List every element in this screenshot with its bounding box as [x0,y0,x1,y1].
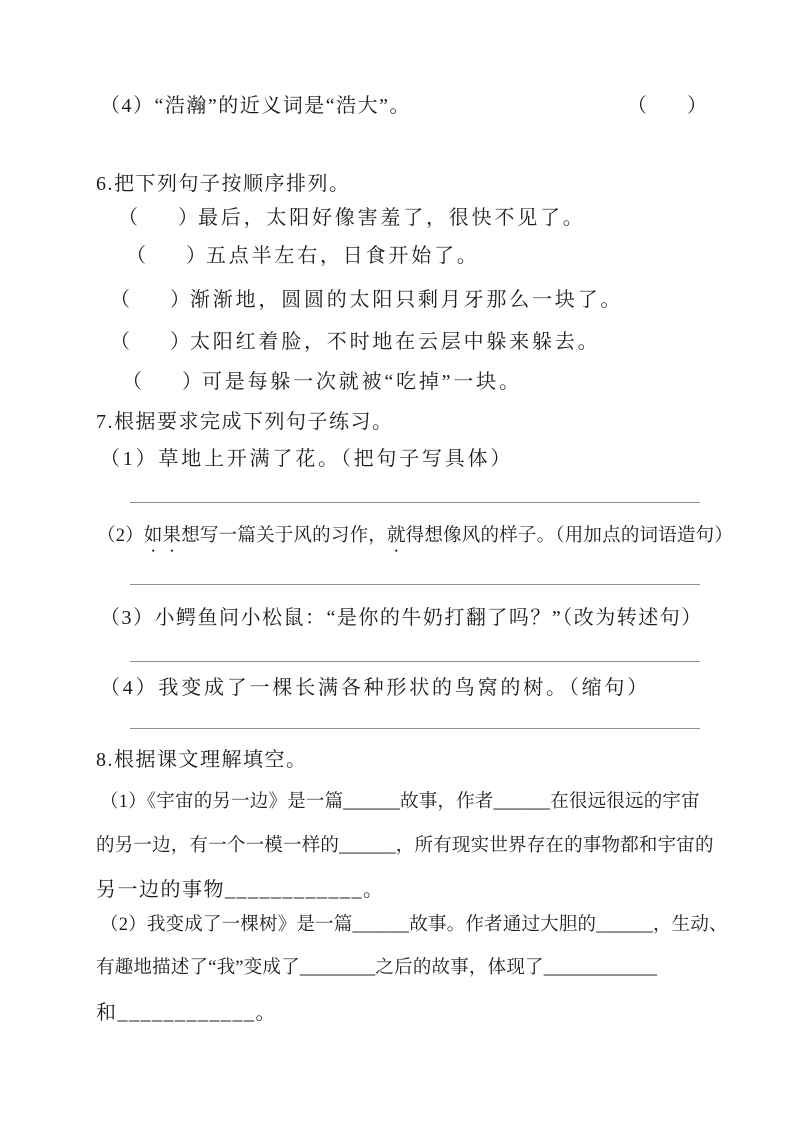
answer-write-line [130,728,700,729]
q6-sentence-text: 最后，太阳好像害羞了，很快不见了。 [198,207,586,229]
judge-item-4-label: （4） [100,95,155,117]
order-bracket: （ ） [122,371,202,393]
dotted-word: 如果 [144,526,181,546]
order-bracket: （ ） [110,331,190,353]
order-bracket: （ ） [126,245,206,267]
answer-write-line [130,584,700,585]
q7-item-2-note: （用加点的词语造句） [555,526,733,546]
q7-item-4-note: （缩句） [569,677,650,699]
q7-item-3-note: （改为转述句） [562,607,703,629]
order-bracket: （ ） [118,207,198,229]
answer-bracket: （ ） [627,92,707,120]
q6-sentence-row: （ ）最后，太阳好像害羞了，很快不见了。 [118,204,707,232]
question-6-number: 6. [96,173,114,195]
question-7-number: 7. [96,411,114,433]
q8-item-1-line-3: 另一边的事物____________。 [96,876,707,904]
q6-sentence-text: 渐渐地，圆圆的太阳只剩月牙那么一块了。 [190,289,623,311]
q6-sentence-text: 太阳红着脸，不时地在云层中躲来躲去。 [190,331,600,353]
question-8-title: 8.根据课文理解填空。 [96,746,707,774]
q7-item-3-label: （3） [100,607,155,629]
order-bracket: （ ） [110,289,190,311]
question-6-title: 6.把下列句子按顺序排列。 [96,170,707,198]
q8-item-2-line-2: 有趣地描述了“我”变成了________之后的故事，体现了___________… [96,954,707,982]
answer-write-line [130,661,700,662]
dotted-word: 就 [387,526,406,546]
q8-item-2-line-3: 和____________。 [96,999,707,1027]
q7-item-1-label: （1） [100,448,158,470]
q6-sentence-text: 五点半左右，日食开始了。 [206,245,480,267]
q8-item-2-line-1: （2）我变成了一棵树》是一篇______故事。作者通过大胆的______，生动、 [100,911,707,939]
question-8-number: 8. [96,749,114,771]
q6-sentence-row: （ ）可是每躲一次就被“吃掉”一块。 [122,368,707,396]
judge-item-4: （4）“浩瀚”的近义词是“浩大”。 （ ） [100,92,707,120]
q7-item-4-label: （4） [100,677,158,699]
judge-item-4-text: （4）“浩瀚”的近义词是“浩大”。 [100,92,411,120]
answer-write-line [130,502,700,503]
q6-sentence-text: 可是每躲一次就被“吃掉”一块。 [202,371,522,393]
q7-item-2-label: （2） [97,526,144,546]
q7-item-3: （3）小鳄鱼问小松鼠：“是你的牛奶打翻了吗？”（改为转述句） [100,604,707,632]
q7-item-2: （2）如果想写一篇关于风的习作，就得想像风的样子。（用加点的词语造句） [97,522,707,556]
q6-sentence-row: （ ）五点半左右，日食开始了。 [126,242,707,270]
question-7-title: 7.根据要求完成下列句子练习。 [96,408,707,436]
q6-sentence-row: （ ）渐渐地，圆圆的太阳只剩月牙那么一块了。 [110,286,707,314]
q8-item-1-line-1: （1）《宇宙的另一边》是一篇______故事，作者______在很远很远的宇宙 [100,788,707,816]
q7-item-1-note: （把句子写具体） [341,448,513,470]
q6-sentence-row: （ ）太阳红着脸，不时地在云层中躲来躲去。 [110,328,707,356]
q7-item-4: （4）我变成了一棵长满各种形状的鸟窝的树。（缩句） [100,674,707,702]
worksheet-page: （4）“浩瀚”的近义词是“浩大”。 （ ） 6.把下列句子按顺序排列。 （ ）最… [0,0,793,1122]
q7-item-1: （1）草地上开满了花。（把句子写具体） [100,445,707,473]
q8-item-1-line-2: 的另一边，有一个一模一样的______，所有现实世界存在的事物都和宇宙的 [96,832,707,860]
